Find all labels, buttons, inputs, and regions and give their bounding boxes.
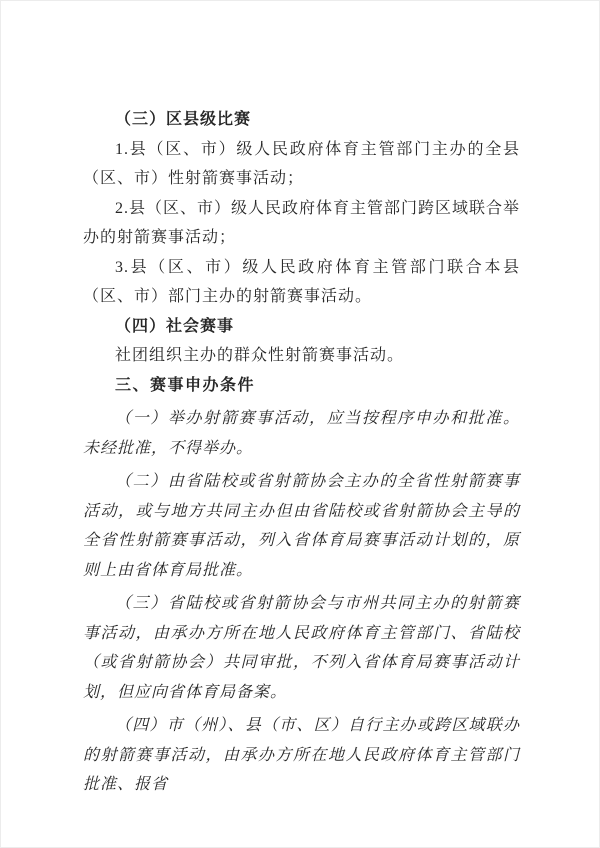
document-page: （三）区县级比赛 1.县（区、市）级人民政府体育主管部门主办的全县（区、市）性射… [0, 0, 600, 848]
list-item-1: 1.县（区、市）级人民政府体育主管部门主办的全县（区、市）性射箭赛事活动； [83, 135, 520, 194]
list-item-2: 2.县（区、市）级人民政府体育主管部门跨区域联合举办的射箭赛事活动； [83, 194, 520, 253]
subheading-district-county-level-competition: （三）区县级比赛 [83, 105, 520, 135]
condition-paragraph-2: （二）由省陆校或省射箭协会主办的全省性射箭赛事活动，或与地方共同主办但由省陆校或… [83, 467, 520, 585]
section-heading-event-application-conditions: 三、赛事申办条件 [83, 371, 520, 401]
document-body: （三）区县级比赛 1.县（区、市）级人民政府体育主管部门主办的全县（区、市）性射… [83, 105, 520, 800]
list-item-3: 3.县（区、市）级人民政府体育主管部门联合本县（区、市）部门主办的射箭赛事活动。 [83, 253, 520, 312]
subheading-social-events: （四）社会赛事 [83, 312, 520, 342]
paragraph-social-events-body: 社团组织主办的群众性射箭赛事活动。 [83, 341, 520, 371]
condition-paragraph-1: （一）举办射箭赛事活动，应当按程序申办和批准。未经批准，不得举办。 [83, 404, 520, 463]
condition-paragraph-4: （四）市（州）、县（市、区）自行主办或跨区域联办的射箭赛事活动，由承办方所在地人… [83, 711, 520, 800]
condition-paragraph-3: （三）省陆校或省射箭协会与市州共同主办的射箭赛事活动，由承办方所在地人民政府体育… [83, 589, 520, 707]
